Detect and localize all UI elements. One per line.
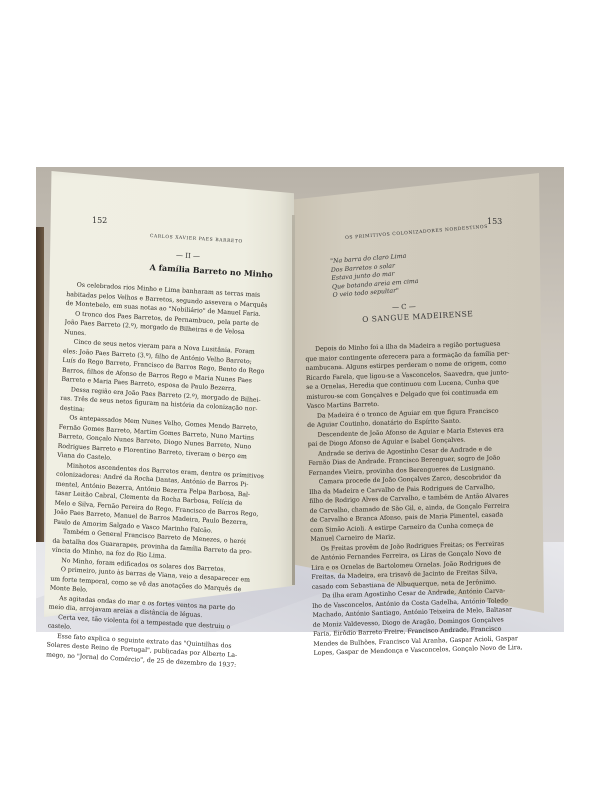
left-page-number: 152 [92, 216, 107, 225]
book-gutter [292, 215, 295, 585]
left-section-mark: — II — [176, 251, 200, 260]
right-page-body: Depois do Minho foi a ilha da Madeira a … [305, 339, 534, 659]
verse-quote: "Na barra do claro LimaDos Barretos o so… [330, 252, 419, 300]
right-page-number: 153 [487, 217, 502, 226]
left-page-body: Os celebrados rios Minho e Lima banharam… [46, 280, 285, 672]
right-section-mark: — C — [392, 303, 416, 312]
